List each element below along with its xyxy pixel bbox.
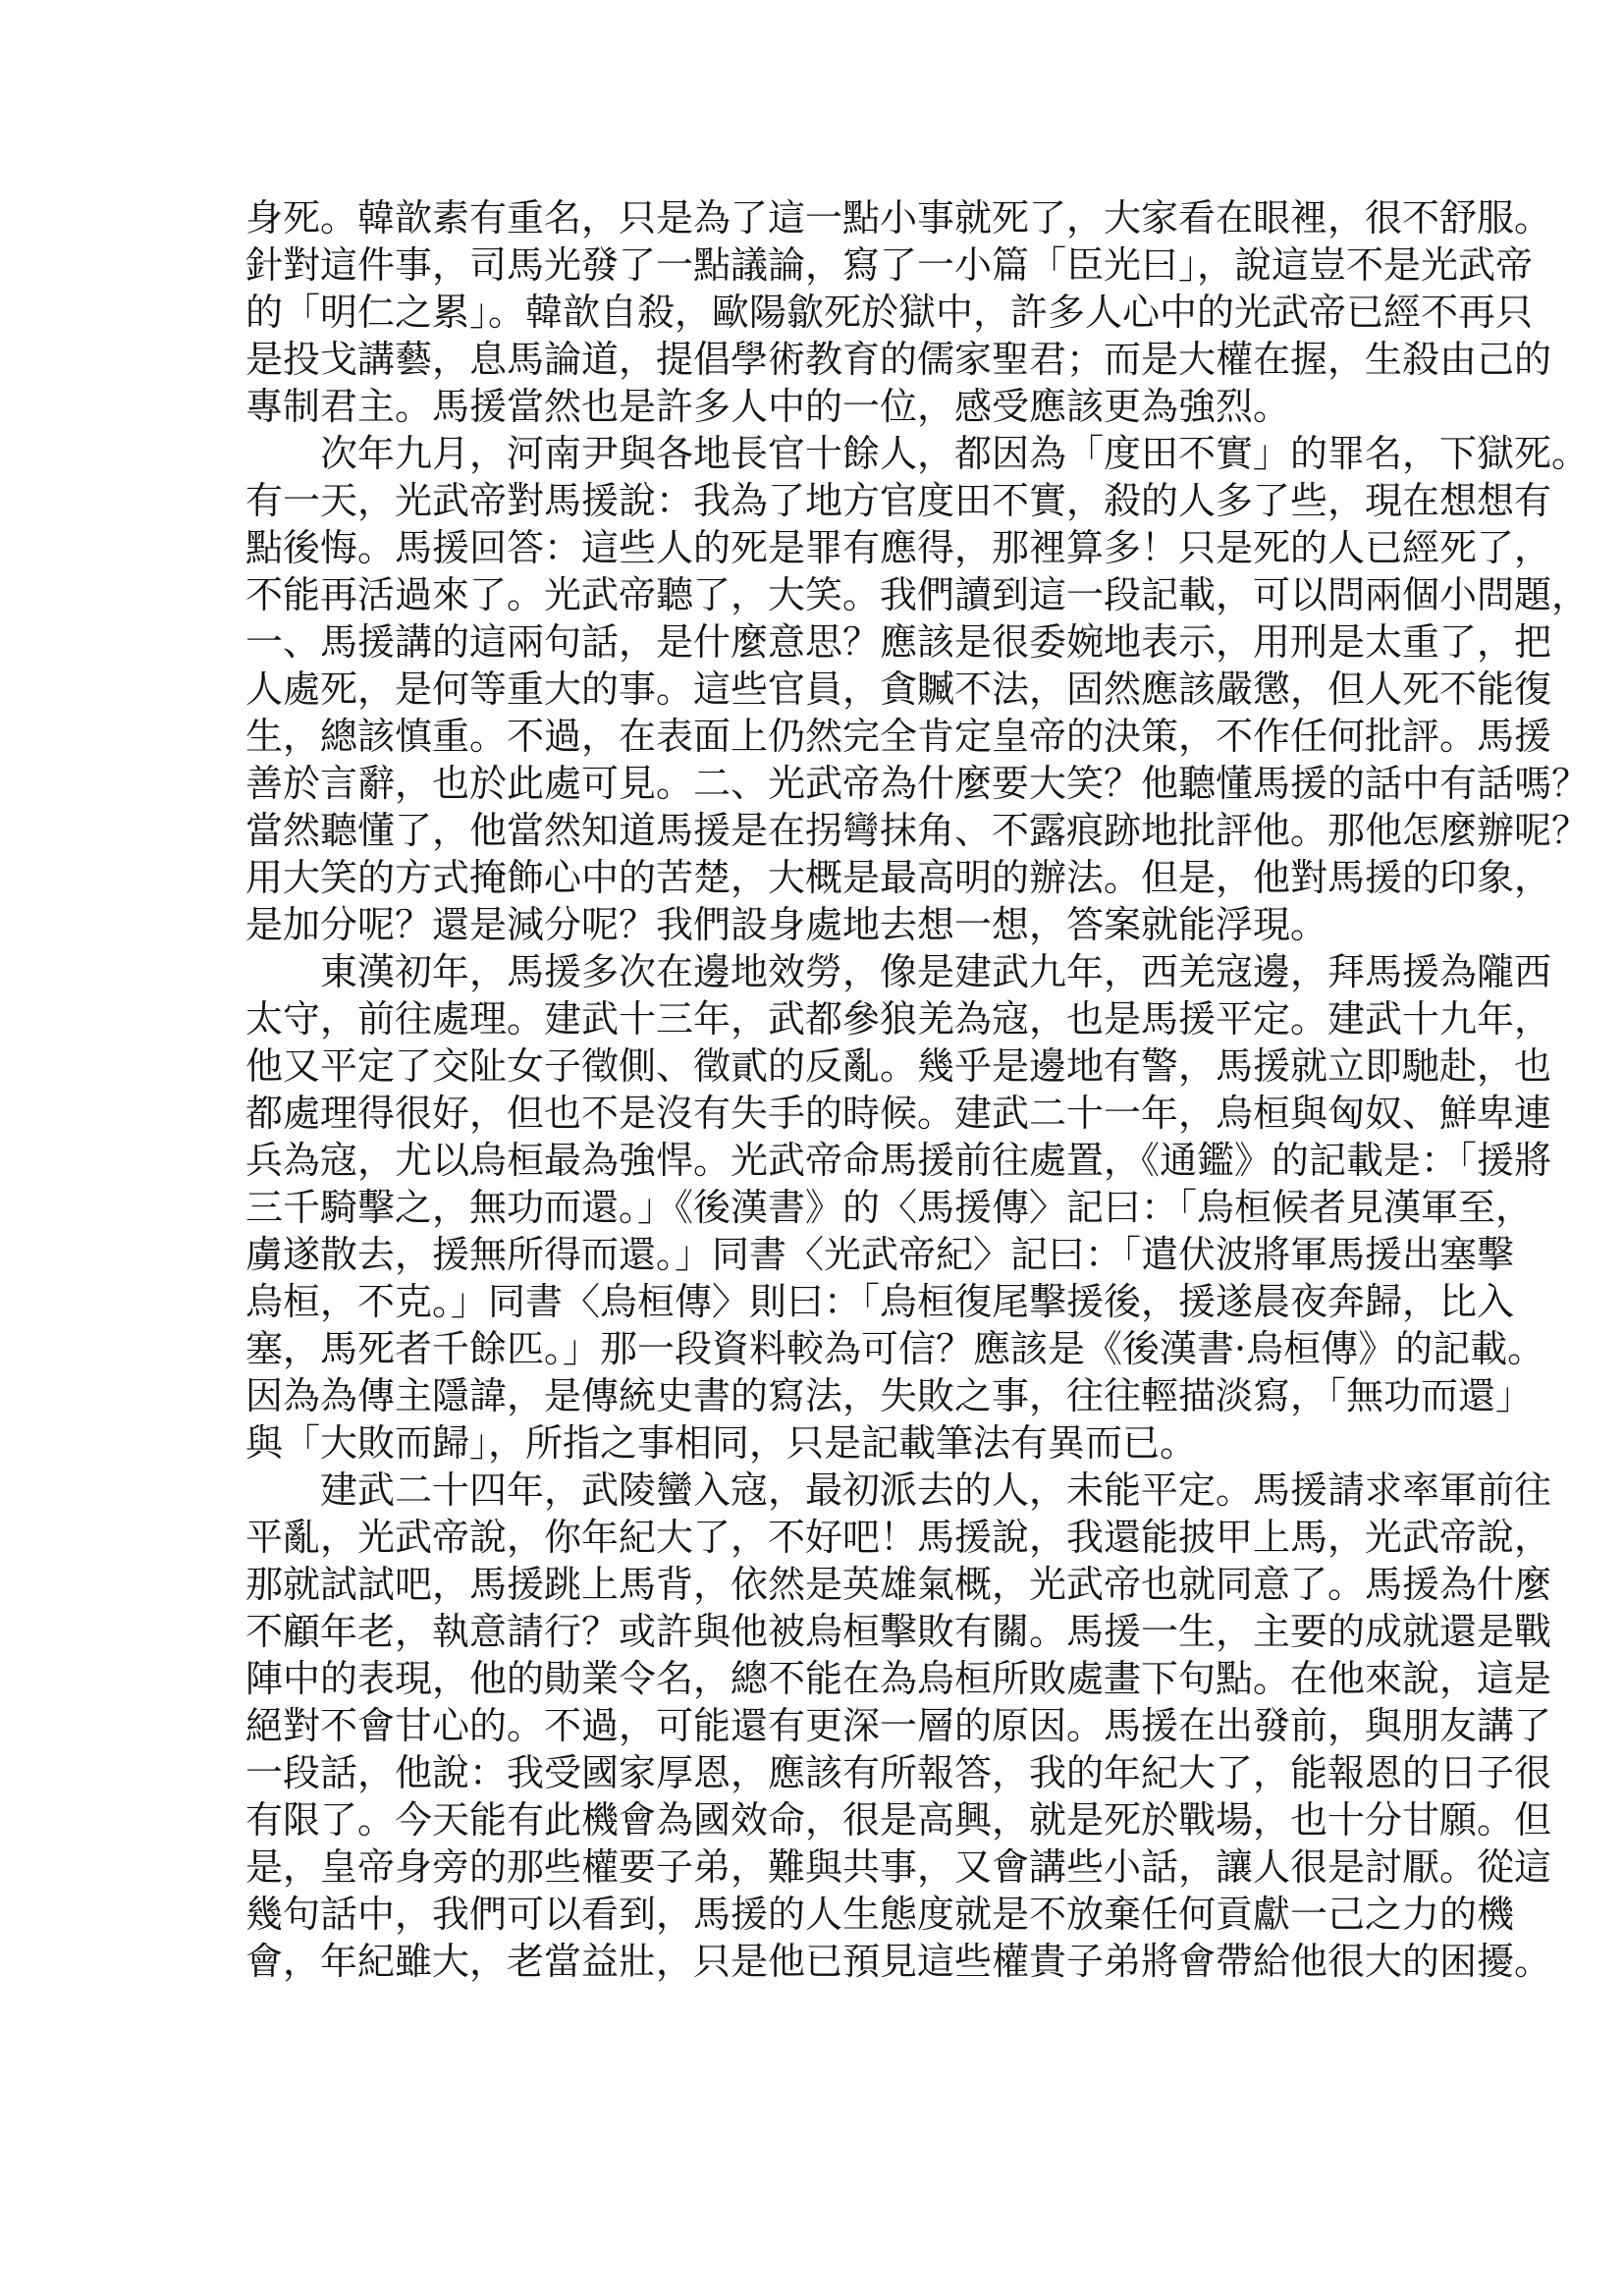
text-line: 專制君主。馬援當然也是許多人中的一位，感受應該更為強烈。 [245, 383, 1384, 430]
text-line: 因為為傳主隱諱，是傳統史書的寫法，失敗之事，往往輕描淡寫，「無功而還」 [245, 1372, 1384, 1419]
text-line: 與「大敗而歸」，所指之事相同，只是記載筆法有異而已。 [245, 1419, 1384, 1467]
text-line-first: 次年九月，河南尹與各地長官十餘人，都因為「度田不實」的罪名，下獄死。 [245, 430, 1384, 477]
text-line: 善於言辭，也於此處可見。二、光武帝為什麼要大笑？他聽懂馬援的話中有話嗎？ [245, 760, 1384, 807]
paragraph-wuling-campaign: 建武二十四年，武陵蠻入寇，最初派去的人，未能平定。馬援請求率軍前往 平亂，光武帝… [245, 1467, 1384, 1985]
text-line: 塞，馬死者千餘匹。」那一段資料較為可信？應該是《後漢書·烏桓傳》的記載。 [245, 1325, 1384, 1372]
text-line: 針對這件事，司馬光發了一點議論，寫了一小篇「臣光曰」，說這豈不是光武帝 [245, 241, 1384, 289]
text-line: 生，總該慎重。不過，在表面上仍然完全肯定皇帝的決策，不作任何批評。馬援 [245, 713, 1384, 760]
text-line: 一段話，他說：我受國家厚恩，應該有所報答，我的年紀大了，能報恩的日子很 [245, 1749, 1384, 1796]
text-line: 人處死，是何等重大的事。這些官員，貪贓不法，固然應該嚴懲，但人死不能復 [245, 666, 1384, 713]
text-line: 點後悔。馬援回答：這些人的死是罪有應得，那裡算多！只是死的人已經死了， [245, 524, 1384, 571]
text-line: 會，年紀雖大，老當益壯，只是他已預見這些權貴子弟將會帶給他很大的困擾。 [245, 1938, 1384, 1985]
text-line: 烏桓，不克。」同書〈烏桓傳〉則曰：「烏桓復尾擊援後，援遂晨夜奔歸，比入 [245, 1278, 1384, 1325]
paragraph-continuation: 身死。韓歆素有重名，只是為了這一點小事就死了，大家看在眼裡，很不舒服。 針對這件… [245, 194, 1384, 430]
text-line: 那就試試吧，馬援跳上馬背，依然是英雄氣概，光武帝也就同意了。馬援為什麼 [245, 1561, 1384, 1608]
text-line: 用大笑的方式掩飾心中的苦楚，大概是最高明的辦法。但是，他對馬援的印象， [245, 854, 1384, 901]
text-line: 絕對不會甘心的。不過，可能還有更深一層的原因。馬援在出發前，與朋友講了 [245, 1702, 1384, 1749]
text-line: 有限了。今天能有此機會為國效命，很是高興，就是死於戰場，也十分甘願。但 [245, 1796, 1384, 1843]
text-line: 是投戈講藝，息馬論道，提倡學術教育的儒家聖君；而是大權在握，生殺由己的 [245, 336, 1384, 383]
text-line: 有一天，光武帝對馬援說：我為了地方官度田不實，殺的人多了些，現在想想有 [245, 477, 1384, 524]
text-line: 三千騎擊之，無功而還。」《後漢書》的〈馬援傳〉記曰：「烏桓候者見漢軍至， [245, 1184, 1384, 1231]
text-line: 都處理得很好，但也不是沒有失手的時候。建武二十一年，烏桓與匈奴、鮮卑連 [245, 1090, 1384, 1137]
text-line: 是，皇帝身旁的那些權要子弟，難與共事，又會講些小話，讓人很是討厭。從這 [245, 1843, 1384, 1891]
text-line: 兵為寇，尤以烏桓最為強悍。光武帝命馬援前往處置，《通鑑》的記載是：「援將 [245, 1137, 1384, 1184]
text-line: 不能再活過來了。光武帝聽了，大笑。我們讀到這一段記載，可以問兩個小問題， [245, 571, 1384, 618]
text-line: 虜遂散去，援無所得而還。」同書〈光武帝紀〉記曰：「遣伏波將軍馬援出塞擊 [245, 1231, 1384, 1278]
text-line: 幾句話中，我們可以看到，馬援的人生態度就是不放棄任何貢獻一己之力的機 [245, 1891, 1384, 1938]
text-line: 不顧年老，執意請行？或許與他被烏桓擊敗有關。馬援一生，主要的成就還是戰 [245, 1608, 1384, 1655]
text-line: 身死。韓歆素有重名，只是為了這一點小事就死了，大家看在眼裡，很不舒服。 [245, 194, 1384, 241]
text-line-first: 東漢初年，馬援多次在邊地效勞，像是建武九年，西羌寇邊，拜馬援為隴西 [245, 948, 1384, 995]
text-line-first: 建武二十四年，武陵蠻入寇，最初派去的人，未能平定。馬援請求率軍前往 [245, 1467, 1384, 1514]
text-line: 陣中的表現，他的勛業令名，總不能在為烏桓所敗處畫下句點。在他來說，這是 [245, 1655, 1384, 1702]
text-line: 當然聽懂了，他當然知道馬援是在拐彎抹角、不露痕跡地批評他。那他怎麼辦呢？ [245, 807, 1384, 854]
paragraph-frontier-service: 東漢初年，馬援多次在邊地效勞，像是建武九年，西羌寇邊，拜馬援為隴西 太守，前往處… [245, 948, 1384, 1467]
text-line: 的「明仁之累」。韓歆自殺，歐陽歙死於獄中，許多人心中的光武帝已經不再只 [245, 289, 1384, 336]
text-line: 一、馬援講的這兩句話，是什麼意思？應該是很委婉地表示，用刑是太重了，把 [245, 618, 1384, 666]
text-line: 他又平定了交阯女子徵側、徵貳的反亂。幾乎是邊地有警，馬援就立即馳赴，也 [245, 1042, 1384, 1090]
text-line: 平亂，光武帝說，你年紀大了，不好吧！馬援說，我還能披甲上馬，光武帝說， [245, 1514, 1384, 1561]
document-page: 身死。韓歆素有重名，只是為了這一點小事就死了，大家看在眼裡，很不舒服。 針對這件… [245, 194, 1384, 1985]
text-line: 是加分呢？還是減分呢？我們設身處地去想一想，答案就能浮現。 [245, 901, 1384, 948]
paragraph-guangwu-laugh: 次年九月，河南尹與各地長官十餘人，都因為「度田不實」的罪名，下獄死。 有一天，光… [245, 430, 1384, 948]
text-line: 太守，前往處理。建武十三年，武都參狼羌為寇，也是馬援平定。建武十九年， [245, 995, 1384, 1042]
